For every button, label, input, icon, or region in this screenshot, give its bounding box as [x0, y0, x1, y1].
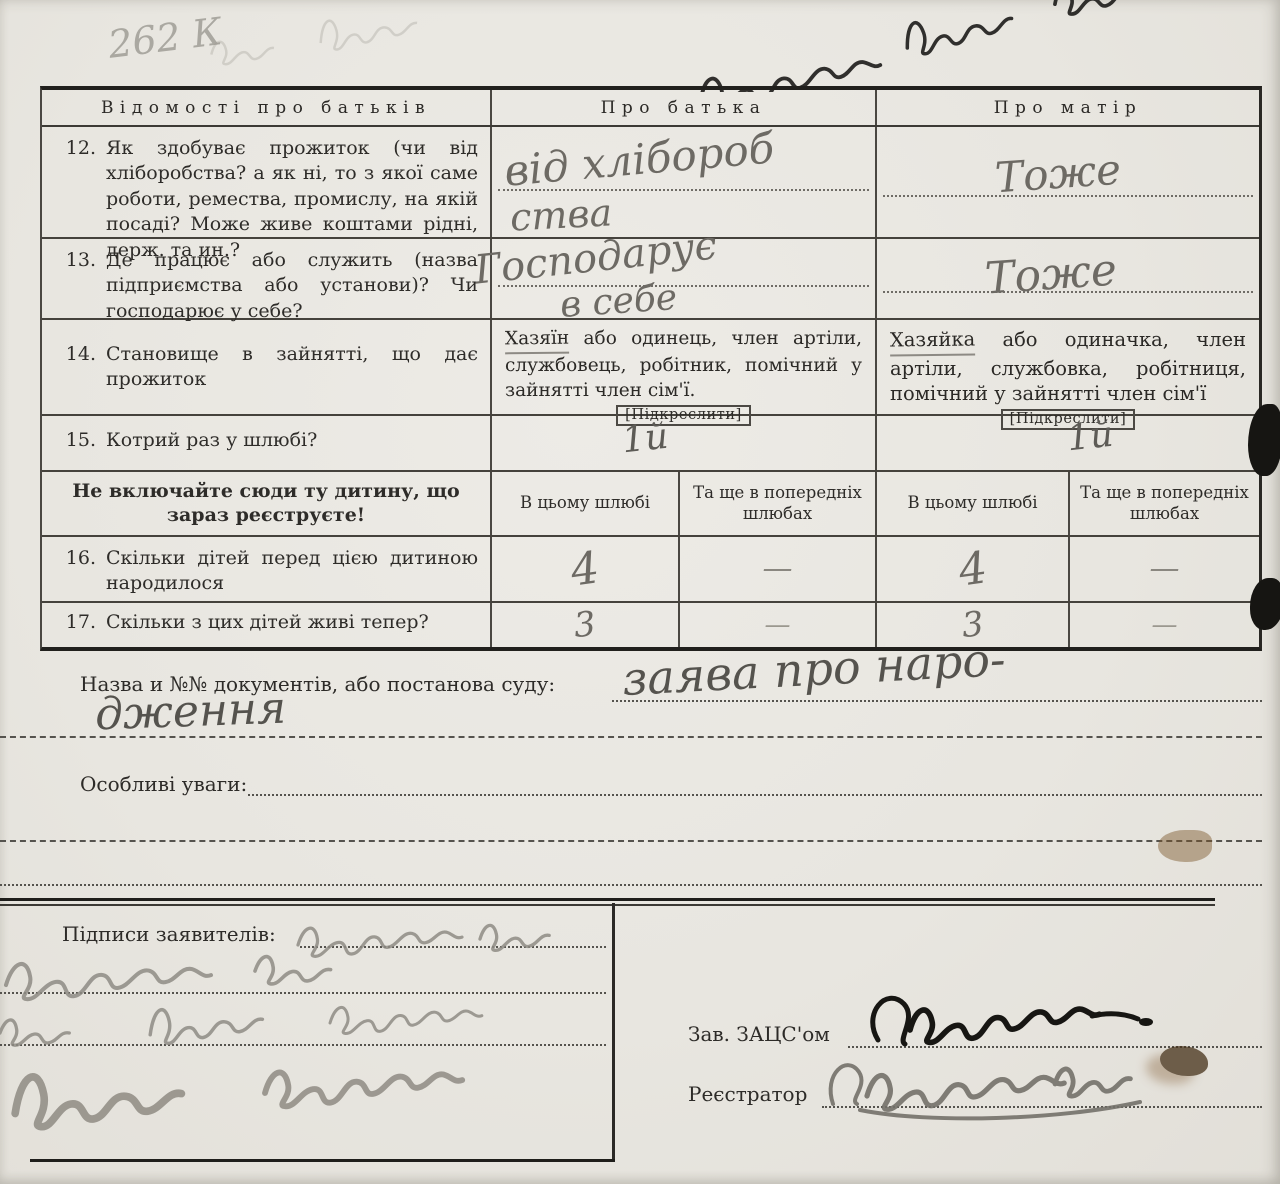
- answer-16-father: 4 —: [492, 537, 877, 601]
- column-header-father: Про батька: [492, 90, 877, 125]
- father-marriage-subheaders: В цьому шлюбі Та ще в попередніх шлюбах: [492, 472, 877, 535]
- handwritten-answer: 1й: [1065, 414, 1115, 460]
- answer-12-father: від хлібороб ства: [492, 127, 877, 237]
- subcol-prev-marriages: Та ще в попередніх шлюбах: [680, 472, 875, 535]
- ruled-line: [0, 884, 1262, 886]
- handwritten-count: 4: [955, 540, 990, 598]
- answer-13-father: Господарує в себе: [492, 239, 877, 318]
- question-17-number: 17.: [50, 610, 106, 647]
- question-16: 16. Скільки дітей перед цією дитиною нар…: [42, 537, 492, 601]
- handwritten-answer: Тоже: [993, 145, 1122, 203]
- handwritten-dash: —: [765, 609, 791, 642]
- question-16-text: Скільки дітей перед цією дитиною народил…: [106, 546, 482, 601]
- handwritten-answer: від хлібороб: [502, 123, 776, 195]
- remarks-label: Особливі уваги:: [80, 772, 247, 796]
- ruled-line: [0, 840, 1262, 842]
- handwritten-answer: Тоже: [983, 244, 1118, 304]
- handwritten-answer: в себе: [559, 277, 679, 326]
- registration-form-scan: 262 К Відомості про батьків Про батька П…: [0, 0, 1280, 1184]
- question-16-number: 16.: [50, 546, 106, 601]
- question-14-number: 14.: [50, 342, 106, 414]
- registrar-label: Реєстратор: [688, 1082, 807, 1106]
- occupation-options-mother: Хазяйка або одиначка, член артіли, служб…: [877, 320, 1259, 414]
- answer-13-mother: Тоже: [877, 239, 1259, 318]
- top-ink-inscription: [555, 0, 1265, 92]
- handwritten-answer: 1й: [620, 416, 670, 462]
- question-15-text: Котрий раз у шлюбі?: [106, 428, 482, 470]
- handwritten-count: 3: [572, 603, 598, 648]
- handwritten-dash: —: [763, 550, 793, 588]
- question-15-number: 15.: [50, 428, 106, 470]
- question-17: 17. Скільки з цих дітей живі тепер?: [42, 603, 492, 647]
- handwritten-dash: —: [1150, 550, 1180, 588]
- answer-15-mother: 1й: [877, 416, 1259, 470]
- applicants-signatures: [0, 905, 615, 1163]
- answer-12-mother: Тоже: [877, 127, 1259, 237]
- ruled-line: [0, 736, 1262, 738]
- subcol-this-marriage: В цьому шлюбі: [877, 472, 1070, 535]
- handwritten-count: 4: [567, 540, 602, 598]
- mother-marriage-subheaders: В цьому шлюбі Та ще в попередніх шлюбах: [877, 472, 1259, 535]
- children-count-note: Не включайте сюди ту дитину, що зараз ре…: [42, 472, 492, 535]
- question-12-text: Як здобуває прожиток (чи від хліборобств…: [106, 136, 482, 237]
- underlined-option-father: Хазяїн: [505, 327, 570, 355]
- registrar-signature: [805, 1038, 1175, 1123]
- question-14: 14. Становище в зайнятті, що дає прожито…: [42, 320, 492, 414]
- remarks-dotted-line: [248, 794, 1262, 796]
- handwritten-dash: —: [1152, 609, 1178, 642]
- question-13-number: 13.: [50, 248, 106, 318]
- paper-stain: [1158, 830, 1212, 862]
- answer-16-mother: 4 —: [877, 537, 1259, 601]
- question-13-text: Де працює або служить (назва підприємств…: [106, 248, 482, 318]
- subcol-prev-marriages: Та ще в попередніх шлюбах: [1070, 472, 1259, 535]
- ink-blot: [1250, 578, 1280, 630]
- handwritten-answer: ства: [509, 190, 613, 239]
- documents-dotted-line: [612, 700, 1262, 702]
- documents-handwritten-value: дження: [94, 683, 287, 741]
- answer-15-father: 1й: [492, 416, 877, 470]
- occupation-options-father: Хазяїн або одинець, член артіли, службов…: [492, 320, 877, 414]
- subcol-this-marriage: В цьому шлюбі: [492, 472, 680, 535]
- question-15: 15. Котрий раз у шлюбі?: [42, 416, 492, 470]
- question-17-text: Скільки з цих дітей живі тепер?: [106, 610, 482, 647]
- parents-info-table: Відомості про батьків Про батька Про мат…: [40, 86, 1262, 651]
- question-13: 13. Де працює або служить (назва підприє…: [42, 239, 492, 318]
- faint-pencil-scribble: [190, 0, 510, 70]
- question-12-number: 12.: [50, 136, 106, 237]
- column-header-parents: Відомості про батьків: [42, 90, 492, 125]
- underlined-option-mother: Хазяйка: [890, 327, 976, 357]
- column-header-mother: Про матір: [877, 90, 1259, 125]
- question-14-text: Становище в зайнятті, що дає прожиток: [106, 342, 482, 414]
- question-12: 12. Як здобуває прожиток (чи від хліборо…: [42, 127, 492, 237]
- answer-17-father: 3 —: [492, 603, 877, 647]
